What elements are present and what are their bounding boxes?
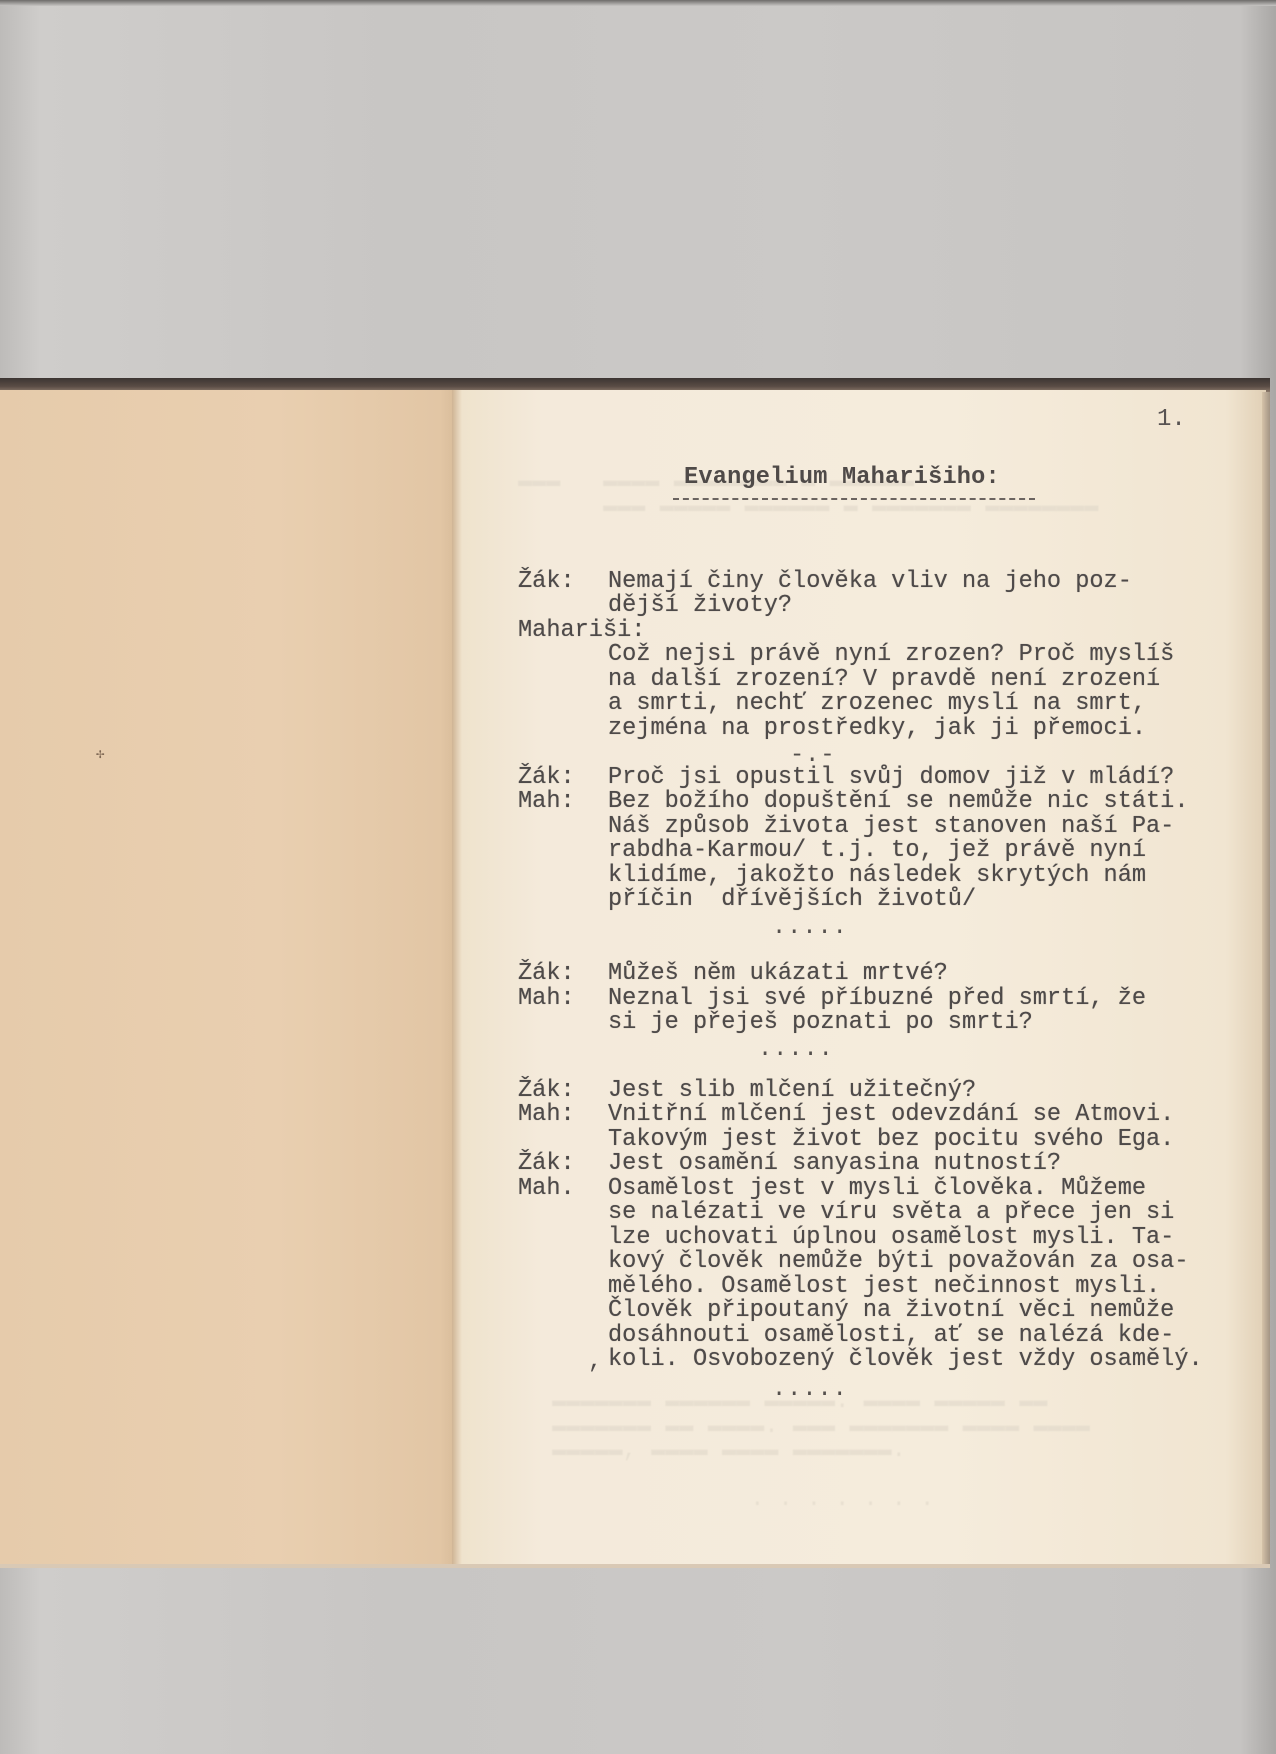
booklet-bottom-edge	[0, 1564, 1270, 1568]
dialogue-line: koli. Osvobozený člověk jest vždy osaměl…	[608, 1348, 1203, 1373]
paper-speck: ✢	[96, 746, 104, 763]
speaker-label: Mah.	[518, 1177, 575, 1202]
dialogue-line: rabdha-Karmou/ t.j. to, jež právě nyní	[608, 839, 1146, 864]
left-page-blank: ✢	[0, 390, 458, 1568]
page-title: Evangelium Maharišiho:	[684, 464, 1000, 491]
scanner-top-shadow	[0, 0, 1276, 6]
dialogue-line: a smrti, nechť zrozenec myslí na smrt,	[608, 692, 1146, 717]
right-page-edge	[1262, 392, 1270, 1566]
dialogue-line: Jest slib mlčení užitečný?	[608, 1079, 976, 1104]
page-number: 1.	[1157, 406, 1186, 433]
dialogue-line: dosáhnouti osamělosti, ať se nalézá kde-	[608, 1324, 1174, 1349]
speaker-label: Mahariši:	[518, 619, 645, 644]
speaker-label: Žák:	[518, 766, 575, 791]
dialogue-line: Člověk připoutaný na životní věci nemůže	[608, 1299, 1174, 1324]
dialogue-line: Můžeš něm ukázati mrtvé?	[608, 962, 948, 987]
speaker-label: Mah:	[518, 1103, 575, 1128]
dialogue-line: Náš způsob života jest stanoven naší Pa-	[608, 815, 1174, 840]
dialogue-line: se nalézati ve víru světa a přece jen si	[608, 1201, 1174, 1226]
dialogue-line: dější životy?	[608, 594, 792, 619]
dialogue-line: Nemají činy člověka vliv na jeho poz-	[608, 570, 1132, 595]
dialogue-line: Takovým jest život bez pocitu svého Ega.	[608, 1128, 1174, 1153]
bleed-through-text: ▬▬▬▬▬▬▬ ▬▬▬▬▬▬ ▬▬▬▬▬. ▬▬▬▬ ▬▬▬▬▬ ▬▬ ▬▬▬▬…	[552, 1390, 1090, 1513]
section-separator: .....	[758, 1036, 834, 1063]
section-separator: .....	[772, 914, 848, 941]
dialogue-line: příčin dřívějších životů/	[608, 888, 976, 913]
speaker-label: Žák:	[518, 1152, 575, 1177]
margin-comma-mark: ,	[588, 1348, 602, 1375]
dialogue-line: mělého. Osamělost jest nečinnost mysli.	[608, 1275, 1160, 1300]
dialogue-line: si je přeješ poznati po smrti?	[608, 1011, 1033, 1036]
dialogue-line: zejména na prostředky, jak ji přemoci.	[608, 717, 1146, 742]
dialogue-line: Což nejsi právě nyní zrozen? Proč myslíš	[608, 643, 1174, 668]
dialogue-line: Bez božího dopuštění se nemůže nic státi…	[608, 790, 1189, 815]
dialogue-line: klidíme, jakožto následek skrytých nám	[608, 864, 1146, 889]
dialogue-line: na další zrození? V pravdě není zrození	[608, 668, 1160, 693]
speaker-label: Žák:	[518, 570, 575, 595]
dialogue-line: Proč jsi opustil svůj domov již v mládí?	[608, 766, 1174, 791]
dialogue-line: Jest osamění sanyasina nutností?	[608, 1152, 1061, 1177]
dialogue-line: Vnitřní mlčení jest odevzdání se Atmovi.	[608, 1103, 1174, 1128]
speaker-label: Žák:	[518, 1079, 575, 1104]
dialogue-line: Osamělost jest v mysli člověka. Můžeme	[608, 1177, 1146, 1202]
speaker-label: Mah:	[518, 790, 575, 815]
title-underline	[673, 498, 1035, 500]
speaker-label: Mah:	[518, 987, 575, 1012]
dialogue-line: kový člověk nemůže býti považován za osa…	[608, 1250, 1189, 1275]
dialogue-line: Neznal jsi své příbuzné před smrtí, že	[608, 987, 1146, 1012]
speaker-label: Žák:	[518, 962, 575, 987]
dialogue-line: lze uchovati úplnou osamělost mysli. Ta-	[608, 1226, 1174, 1251]
